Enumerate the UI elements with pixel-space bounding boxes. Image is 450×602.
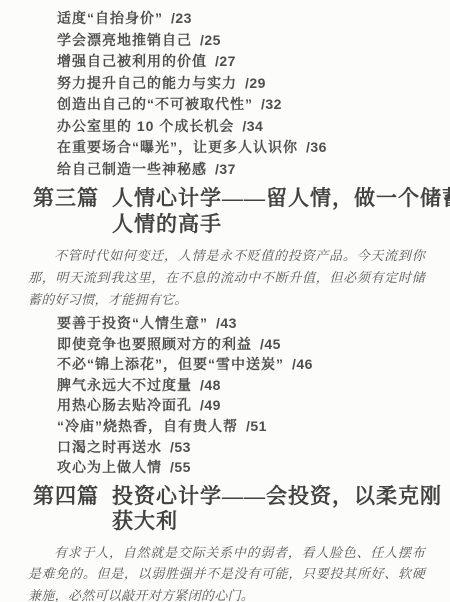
toc-entry-page: /29 — [245, 75, 266, 91]
toc-entry-page: /32 — [261, 96, 282, 112]
part4-heading: 第四篇投资心计学——会投资，以柔克刚 获大利 — [33, 484, 450, 535]
toc-entry-title: 即使竞争也要照顾对方的利益 — [57, 336, 252, 352]
toc-entry-title: 攻心为上做人情 — [57, 459, 162, 475]
part4-intro-paragraph: 有求于人，自然就是交际关系中的弱者，看人脸色、任人摆布是难免的。但是，以弱胜强并… — [28, 542, 425, 602]
toc-entry-title: 给自己制造一些神秘感 — [57, 161, 207, 177]
toc-entry: 攻心为上做人情/55 — [57, 457, 450, 478]
toc-entry-page: /34 — [242, 118, 263, 134]
part3-heading-line1: 第三篇人情心计学——留人情，做一个储蓄 — [33, 186, 450, 212]
toc-entry: 用热心肠去贴冷面孔/49 — [57, 395, 450, 416]
toc-entry-page: /23 — [171, 10, 192, 26]
toc-entry-page: /43 — [216, 315, 237, 331]
toc-entry: 适度“自抬身价”/23 — [57, 8, 450, 30]
toc-entry: 口渴之时再送水/53 — [57, 437, 450, 458]
toc-entry-page: /49 — [200, 397, 221, 413]
toc-entry: 要善于投资“人情生意”/43 — [57, 313, 450, 334]
toc-entry-title: 在重要场合“曝光”，让更多人认识你 — [57, 139, 298, 155]
toc-entry: 办公室里的 10 个成长机会/34 — [57, 116, 450, 138]
part3-intro-paragraph: 不管时代如何变迁，人情是永不贬值的投资产品。今天流到你那，明天流到我这里，在不息… — [28, 245, 425, 311]
toc-entry-page: /25 — [200, 32, 221, 48]
toc-entry-title: “冷庙”烧热香，自有贵人帮 — [57, 418, 238, 434]
part4-label: 第四篇 — [33, 484, 99, 508]
toc-entry: 脾气永远大不过度量/48 — [57, 375, 450, 396]
toc-entry: 在重要场合“曝光”，让更多人认识你/36 — [57, 137, 450, 159]
part3-label: 第三篇 — [33, 186, 99, 210]
toc-entry-title: 不必“锦上添花”，但要“雪中送炭” — [57, 356, 284, 372]
toc-entry: 学会漂亮地推销自己/25 — [57, 30, 450, 52]
toc-entry-title: 创造出自己的“不可被取代性” — [57, 96, 253, 112]
toc-entry-page: /55 — [170, 459, 191, 475]
part3-heading-line2: 人情的高手 — [112, 212, 450, 238]
toc-entry-page: /46 — [292, 356, 313, 372]
toc-entry-title: 努力提升自己的能力与实力 — [57, 75, 237, 91]
toc-entry-page: /45 — [260, 336, 281, 352]
toc-entry-title: 适度“自抬身价” — [57, 10, 163, 26]
toc-entry-page: /37 — [215, 161, 236, 177]
toc-entry: 增强自己被利用的价值/27 — [57, 51, 450, 73]
toc-entry-title: 用热心肠去贴冷面孔 — [57, 397, 192, 413]
part4-heading-line1: 第四篇投资心计学——会投资，以柔克刚 — [33, 484, 450, 510]
toc-entry-title: 学会漂亮地推销自己 — [57, 32, 192, 48]
part3-heading: 第三篇人情心计学——留人情，做一个储蓄 人情的高手 — [33, 186, 450, 237]
part4-heading-line2: 获大利 — [112, 509, 450, 535]
toc-list-part3: 要善于投资“人情生意”/43 即使竞争也要照顾对方的利益/45 不必“锦上添花”… — [0, 311, 450, 478]
toc-entry: 创造出自己的“不可被取代性”/32 — [57, 94, 450, 116]
toc-entry-title: 办公室里的 10 个成长机会 — [57, 118, 234, 134]
book-toc-page: 适度“自抬身价”/23 学会漂亮地推销自己/25 增强自己被利用的价值/27 努… — [0, 0, 450, 602]
part4-title: 投资心计学——会投资，以柔克刚 — [112, 484, 442, 508]
toc-entry: “冷庙”烧热香，自有贵人帮/51 — [57, 416, 450, 437]
toc-entry-page: /27 — [215, 53, 236, 69]
toc-entry-page: /48 — [200, 377, 221, 393]
toc-list-part2: 适度“自抬身价”/23 学会漂亮地推销自己/25 增强自己被利用的价值/27 努… — [0, 0, 450, 180]
toc-entry-page: /36 — [306, 139, 327, 155]
toc-entry-title: 要善于投资“人情生意” — [57, 315, 208, 331]
part3-title: 人情心计学——留人情，做一个储蓄 — [112, 186, 450, 210]
toc-entry: 努力提升自己的能力与实力/29 — [57, 73, 450, 95]
toc-entry-page: /53 — [170, 439, 191, 455]
toc-entry: 给自己制造一些神秘感/37 — [57, 159, 450, 181]
toc-entry-page: /51 — [246, 418, 267, 434]
toc-entry: 不必“锦上添花”，但要“雪中送炭”/46 — [57, 354, 450, 375]
toc-entry: 即使竞争也要照顾对方的利益/45 — [57, 334, 450, 355]
toc-entry-title: 口渴之时再送水 — [57, 439, 162, 455]
toc-entry-title: 脾气永远大不过度量 — [57, 377, 192, 393]
toc-entry-title: 增强自己被利用的价值 — [57, 53, 207, 69]
